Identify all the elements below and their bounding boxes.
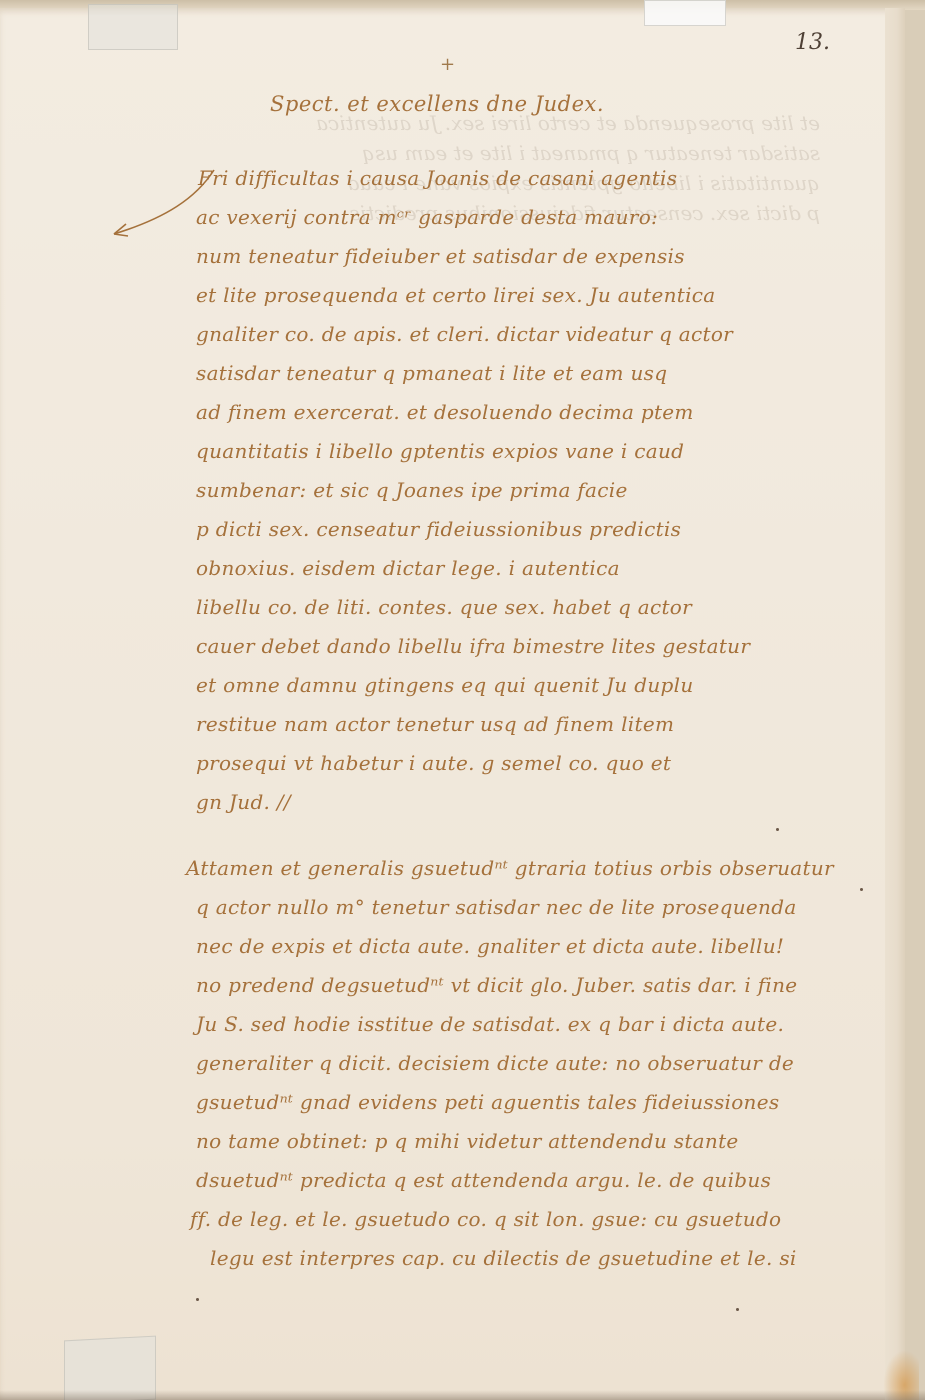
text-line: p dicti sex. censeatur fideiussionibus p… <box>196 517 681 541</box>
text-line: gsuetudⁿᵗ gnad evidens peti aguentis tal… <box>196 1090 779 1114</box>
bottom-edge-stain <box>0 1390 925 1400</box>
header-cross-mark: + <box>440 54 455 75</box>
text-line: ff. de leg. et le. gsuetudo co. q sit lo… <box>190 1207 781 1231</box>
text-line: q actor nullo m° tenetur satisdar nec de… <box>196 895 797 919</box>
text-line: legu est interpres cap. cu dilectis de g… <box>210 1246 797 1270</box>
tape-top-right <box>644 0 726 26</box>
text-line: cauer debet dando libellu ifra bimestre … <box>196 634 750 658</box>
text-line: no tame obtinet: p q mihi videtur attend… <box>196 1129 739 1153</box>
text-line: no predend degsuetudⁿᵗ vt dicit glo. Jub… <box>196 973 797 997</box>
page-right-edge <box>885 8 905 1400</box>
folio-number: 13. <box>795 30 830 55</box>
text-line: prosequi vt habetur i aute. g semel co. … <box>196 751 671 775</box>
text-line: quantitatis i libello gptentis expios va… <box>196 439 684 463</box>
text-line: gn Jud. // <box>196 790 291 814</box>
text-line: ac vexerij contra mᶜʳ gasparde desta mau… <box>196 205 658 229</box>
manuscript-page: et lite prosequenda et certo lirei sex. … <box>0 8 905 1400</box>
text-line: Attamen et generalis gsuetudⁿᵗ gtraria t… <box>186 856 834 880</box>
text-line: nec de expis et dicta aute. gnaliter et … <box>196 934 784 958</box>
text-line: et omne damnu gtingens eq qui quenit Ju … <box>196 673 694 697</box>
text-line: et lite prosequenda et certo lirei sex. … <box>196 283 716 307</box>
text-line: Ju S. sed hodie isstitue de satisdat. ex… <box>196 1012 784 1036</box>
text-line: libellu co. de liti. contes. que sex. ha… <box>196 595 692 619</box>
text-line: obnoxius. eisdem dictar lege. i autentic… <box>196 556 620 580</box>
text-line: restitue nam actor tenetur usq ad finem … <box>196 712 674 736</box>
text-line: sumbenar: et sic q Joanes ipe prima faci… <box>196 478 628 502</box>
tape-top-left <box>88 4 178 50</box>
text-line: satisdar teneatur q pmaneat i lite et ea… <box>196 361 667 385</box>
text-line: num teneatur fideiuber et satisdar de ex… <box>196 244 685 268</box>
text-line: dsuetudⁿᵗ predicta q est attendenda argu… <box>196 1168 771 1192</box>
text-line: generaliter q dicit. decisiem dicte aute… <box>196 1051 794 1075</box>
salutation: Spect. et excellens dne Judex. <box>270 92 604 116</box>
text-line: Fri difficultas i causa Joanis de casani… <box>198 166 677 190</box>
text-line: gnaliter co. de apis. et cleri. dictar v… <box>196 322 733 346</box>
ink-speck <box>776 828 779 831</box>
text-line: ad finem exercerat. et desoluendo decima… <box>196 400 694 424</box>
ink-speck <box>736 1308 739 1311</box>
ink-speck <box>860 888 863 891</box>
ink-speck <box>196 1298 199 1301</box>
